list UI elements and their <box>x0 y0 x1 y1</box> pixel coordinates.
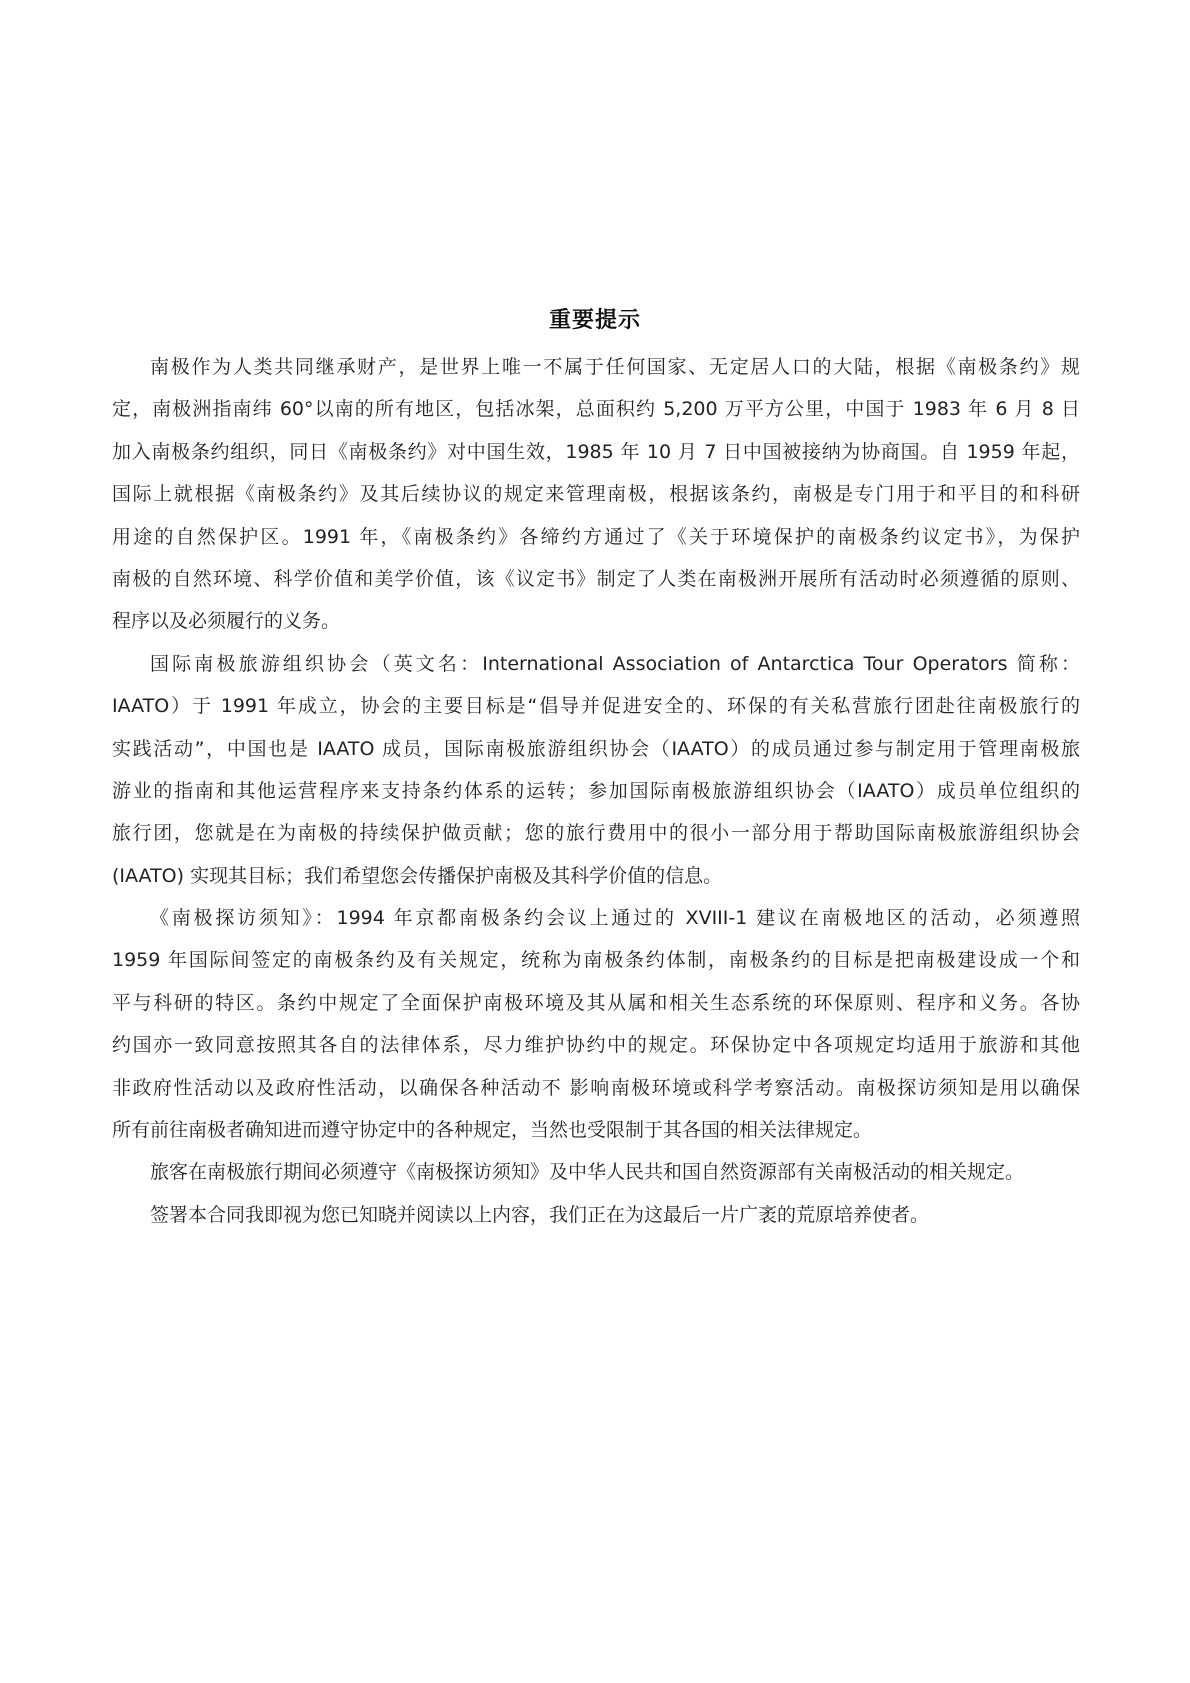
paragraph-line: 平与科研的特区。条约中规定了全面保护南极环境及其从属和相关生态系统的环保原则、程… <box>112 982 1080 1024</box>
paragraph-line: 所有前往南极者确知进而遵守协定中的各种规定，当然也受限制于其各国的相关法律规定。 <box>112 1109 1080 1151</box>
paragraph-line: IAATO）于 1991 年成立，协会的主要目标是“倡导并促进安全的、环保的有关… <box>112 685 1080 727</box>
paragraph-line: 用途的自然保护区。1991 年，《南极条约》各缔约方通过了《关于环境保护的南极条… <box>112 516 1080 558</box>
paragraph-line: 定，南极洲指南纬 60°以南的所有地区，包括冰架，总面积约 5,200 万平方公… <box>112 388 1080 430</box>
paragraph-line: (IAATO) 实现其目标；我们希望您会传播保护南极及其科学价值的信息。 <box>112 855 1080 897</box>
document-page: 重要提示 南极作为人类共同继承财产，是世界上唯一不属于任何国家、无定居人口的大陆… <box>0 0 1190 1683</box>
paragraph-signature-acknowledgement: 签署本合同我即视为您已知晓并阅读以上内容，我们正在为这最后一片广袤的荒原培养使者… <box>112 1194 1080 1236</box>
paragraph-line: 旅客在南极旅行期间必须遵守《南极探访须知》及中华人民共和国自然资源部有关南极活动… <box>112 1151 1080 1193</box>
paragraph-line: 程序以及必须履行的义务。 <box>112 600 1080 642</box>
paragraph-line: 《南极探访须知》：1994 年京都南极条约会议上通过的 XVIII-1 建议在南… <box>112 897 1080 939</box>
paragraph-line: 非政府性活动以及政府性活动，以确保各种活动不 影响南极环境或科学考察活动。南极探… <box>112 1067 1080 1109</box>
paragraph-line: 加入南极条约组织，同日《南极条约》对中国生效，1985 年 10 月 7 日中国… <box>112 431 1080 473</box>
paragraph-line: 南极的自然环境、科学价值和美学价值，该《议定书》制定了人类在南极洲开展所有活动时… <box>112 558 1080 600</box>
paragraph-line: 国际南极旅游组织协会（英文名：International Association… <box>112 643 1080 685</box>
paragraph-line: 南极作为人类共同继承财产，是世界上唯一不属于任何国家、无定居人口的大陆，根据《南… <box>112 346 1080 388</box>
page-title: 重要提示 <box>0 303 1190 334</box>
paragraph-visitor-guidance: 《南极探访须知》：1994 年京都南极条约会议上通过的 XVIII-1 建议在南… <box>112 897 1080 1151</box>
paragraph-line: 旅行团，您就是在为南极的持续保护做贡献；您的旅行费用中的很小一部分用于帮助国际南… <box>112 812 1080 854</box>
paragraph-line: 实践活动”，中国也是 IAATO 成员，国际南极旅游组织协会（IAATO）的成员… <box>112 728 1080 770</box>
paragraph-line: 1959 年国际间签定的南极条约及有关规定，统称为南极条约体制，南极条约的目标是… <box>112 939 1080 981</box>
paragraph-iaato: 国际南极旅游组织协会（英文名：International Association… <box>112 643 1080 897</box>
paragraph-traveler-obligation: 旅客在南极旅行期间必须遵守《南极探访须知》及中华人民共和国自然资源部有关南极活动… <box>112 1151 1080 1193</box>
paragraph-line: 游业的指南和其他运营程序来支持条约体系的运转；参加国际南极旅游组织协会（IAAT… <box>112 770 1080 812</box>
paragraph-line: 签署本合同我即视为您已知晓并阅读以上内容，我们正在为这最后一片广袤的荒原培养使者… <box>112 1194 1080 1236</box>
paragraph-line: 国际上就根据《南极条约》及其后续协议的规定来管理南极，根据该条约，南极是专门用于… <box>112 473 1080 515</box>
document-body: 南极作为人类共同继承财产，是世界上唯一不属于任何国家、无定居人口的大陆，根据《南… <box>112 346 1080 1236</box>
paragraph-antarctic-treaty: 南极作为人类共同继承财产，是世界上唯一不属于任何国家、无定居人口的大陆，根据《南… <box>112 346 1080 643</box>
paragraph-line: 约国亦一致同意按照其各自的法律体系，尽力维护协约中的规定。环保协定中各项规定均适… <box>112 1024 1080 1066</box>
